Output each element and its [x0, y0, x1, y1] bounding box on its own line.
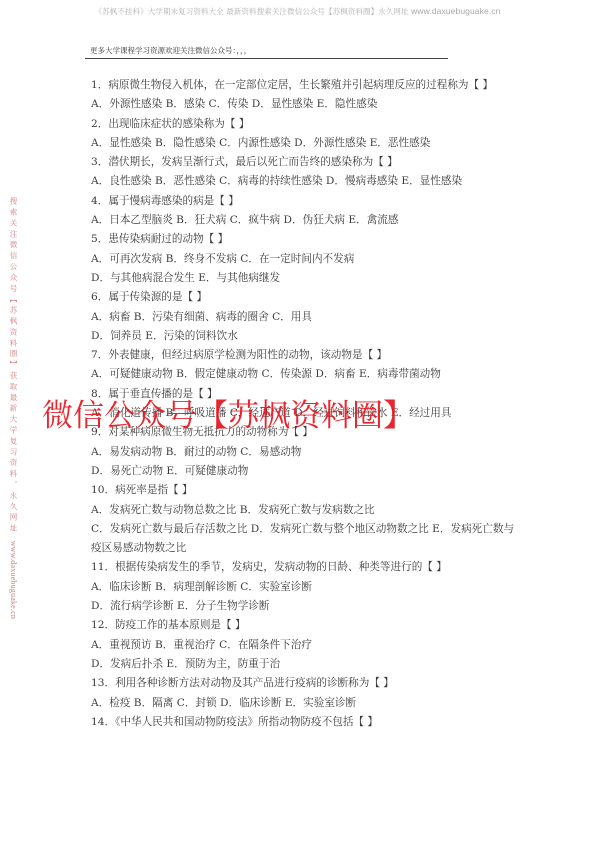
question-options: D．发病后扑杀 E．预防为主，防重于治 [91, 655, 517, 674]
question-stem: 2．出现临床症状的感染称为【 】 [91, 115, 517, 134]
question-options: A．易发病动物 B．耐过的动物 C．易感动物 [91, 443, 517, 462]
question-stem: 10．病死率是指【 】 [91, 481, 517, 500]
page-header: 更多大学课程学习资源欢迎关注微信公众号：，，， [85, 45, 448, 59]
question-5: 5．患传染病耐过的动物【 】 A．可再次发病 B．终身不发病 C．在一定时间内不… [91, 230, 517, 288]
question-options: A．外源性感染 B．感染 C．传染 D．显性感染 E．隐性感染 [91, 95, 517, 114]
question-stem: 5．患传染病耐过的动物【 】 [91, 230, 517, 249]
question-stem: 4．属于慢病毒感染的病是【 】 [91, 192, 517, 211]
side-text-url: www.daxuebuguake.cn [9, 541, 18, 619]
question-7: 7．外表健康，但经过病原学检测为阳性的动物，该动物是【 】 A．可疑健康动物 B… [91, 346, 517, 385]
question-4: 4．属于慢病毒感染的病是【 】 A．日本乙型脑炎 B．狂犬病 C．疯牛病 D．伪… [91, 192, 517, 231]
question-options: D．饲养员 E．污染的饲料饮水 [91, 327, 517, 346]
question-options: C．发病死亡数与最后存活数之比 D．发病死亡数与整个地区动物数之比 E．发病死亡… [91, 520, 517, 559]
top-banner: 《苏枫不挂科》大学期末复习资料大全 最新资料搜索关注微信公众号【苏枫资料圈】永久… [0, 6, 595, 17]
question-1: 1．病原微生物侵入机体，在一定部位定居，生长繁殖并引起病理反应的过程称为【 】 … [91, 76, 517, 115]
question-options: A．检疫 B．隔离 C．封锁 D．临床诊断 E．实验室诊断 [91, 694, 517, 713]
question-13: 13．利用各种诊断方法对动物及其产品进行疫病的诊断称为【 】 A．检疫 B．隔离… [91, 674, 517, 713]
question-10: 10．病死率是指【 】 A．发病死亡数与动物总数之比 B．发病死亡数与发病数之比… [91, 481, 517, 558]
question-12: 12．防疫工作的基本原则是【 】 A．重视预访 B．重视治疗 C．在隔条件下治疗… [91, 616, 517, 674]
question-options: D．与其他病混合发生 E．与其他病继发 [91, 269, 517, 288]
side-text-label: 搜索关注微信公众号【苏枫资料圈】获取最新大学复习资料，永久网址 [9, 197, 18, 541]
question-options: A．病畜 B．污染有细菌、病毒的圈舍 C．用具 [91, 308, 517, 327]
question-3: 3．潜伏期长，发病呈渐行式，最后以死亡而告终的感染称为【 】 A．良性感染 B．… [91, 153, 517, 192]
question-options: A．日本乙型脑炎 B．狂犬病 C．疯牛病 D．伪狂犬病 E．禽流感 [91, 211, 517, 230]
question-stem: 6．属于传染源的是【 】 [91, 288, 517, 307]
question-stem: 7．外表健康，但经过病原学检测为阳性的动物，该动物是【 】 [91, 346, 517, 365]
question-6: 6．属于传染源的是【 】 A．病畜 B．污染有细菌、病毒的圈舍 C．用具 D．饲… [91, 288, 517, 346]
question-stem: 13．利用各种诊断方法对动物及其产品进行疫病的诊断称为【 】 [91, 674, 517, 693]
question-stem: 12．防疫工作的基本原则是【 】 [91, 616, 517, 635]
question-options: A．可疑健康动物 B．假定健康动物 C．传染源 D．病畜 E．病毒带菌动物 [91, 365, 517, 384]
question-2: 2．出现临床症状的感染称为【 】 A．显性感染 B．隐性感染 C．内源性感染 D… [91, 115, 517, 154]
question-options: A．显性感染 B．隐性感染 C．内源性感染 D．外源性感染 E．恶性感染 [91, 134, 517, 153]
question-options: D．易死亡动物 E．可疑健康动物 [91, 462, 517, 481]
page-header-text: 更多大学课程学习资源欢迎关注微信公众号：，，， [90, 46, 251, 55]
top-banner-url[interactable]: www.daxuebuguake.cn [411, 6, 500, 16]
question-stem: 3．潜伏期长，发病呈渐行式，最后以死亡而告终的感染称为【 】 [91, 153, 517, 172]
question-options: A．良性感染 B．恶性感染 C．病毒的持续性感染 D．慢病毒感染 E．显性感染 [91, 172, 517, 191]
question-options: A．临床诊断 B．病理剖解诊断 C．实验室诊断 [91, 578, 517, 597]
question-options: A．发病死亡数与动物总数之比 B．发病死亡数与发病数之比 [91, 501, 517, 520]
question-options: A．可再次发病 B．终身不发病 C．在一定时间内不发病 [91, 250, 517, 269]
question-options: A．重视预访 B．重视治疗 C．在隔条件下治疗 [91, 636, 517, 655]
top-banner-text: 《苏枫不挂科》大学期末复习资料大全 最新资料搜索关注微信公众号【苏枫资料圈】永久… [95, 7, 412, 16]
question-stem: 11．根据传染病发生的季节，发病史，发病动物的日龄、种类等进行的【 】 [91, 558, 517, 577]
question-stem: 14．《中华人民共和国动物防疫法》所指动物防疫不包括【 】 [91, 713, 517, 732]
question-options: D．流行病学诊断 E．分子生物学诊断 [91, 597, 517, 616]
watermark-overlay: 微信公众号【苏枫资料圈】 [42, 394, 562, 438]
watermark-text: 微信公众号【苏枫资料圈】 [42, 398, 414, 434]
question-stem: 1．病原微生物侵入机体，在一定部位定居，生长繁殖并引起病理反应的过程称为【 】 [91, 76, 517, 95]
question-14: 14．《中华人民共和国动物防疫法》所指动物防疫不包括【 】 [91, 713, 517, 732]
question-11: 11．根据传染病发生的季节，发病史，发病动物的日龄、种类等进行的【 】 A．临床… [91, 558, 517, 616]
side-vertical-text: 搜索关注微信公众号【苏枫资料圈】获取最新大学复习资料，永久网址 www.daxu… [9, 197, 19, 619]
